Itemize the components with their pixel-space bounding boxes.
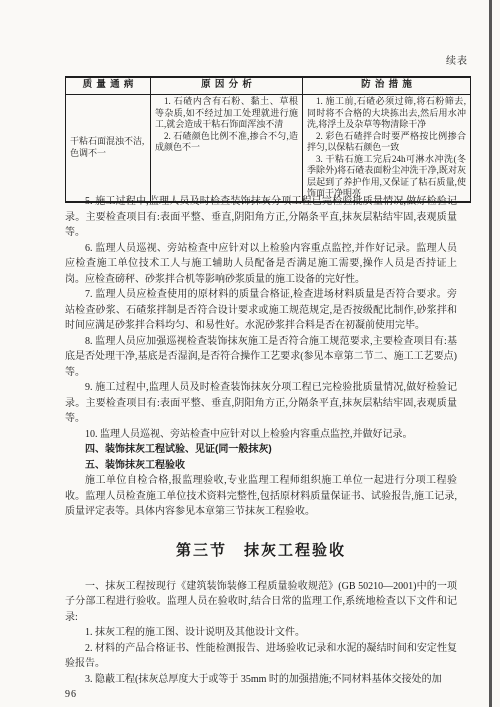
continued-table-label: 续表 bbox=[65, 52, 468, 67]
cell-cause: 1. 石碴内含有石粉、黏土、草根等杂质,如不经过加工处理就进行施工,就会造成干粘… bbox=[151, 95, 303, 202]
cause-item-1: 1. 石碴内含有石粉、黏土、草根等杂质,如不经过加工处理就进行施工,就会造成干粘… bbox=[155, 96, 298, 131]
paragraph-item-8: 8. 监理人员应加强巡视检查装饰抹灰施工是否符合施工规范要求,主要检查项目有:基… bbox=[65, 334, 457, 381]
paragraph-item-9: 9. 施工过程中,监理人员及时检查装饰抹灰分项工程已完检验批质量情况,做好检验记… bbox=[65, 380, 457, 427]
body-text: 5. 施工过程中,监理人员及时检查装饰抹灰分项工程已完检验批质量情况,做好检验记… bbox=[65, 194, 457, 703]
paragraph-item-6: 6. 监理人员巡视、旁站检查中应针对以上检验内容重点监控,并作好记录。监理人员应… bbox=[65, 241, 457, 288]
table-header-cause: 原因分析 bbox=[151, 77, 303, 95]
prevention-item-3: 3. 干粘石施工完后24h可淋水冲洗(冬季除外)将石碴表面粉尘冲洗干净,既对灰层… bbox=[307, 154, 466, 200]
paragraph-doc-3: 3. 隐蔽工程(抹灰总厚度大于或等于 35mm 时的加强措施;不同材料基体交接处… bbox=[65, 672, 457, 688]
table-header-problem: 质量通病 bbox=[66, 77, 151, 95]
subsection-heading-5: 五、装饰抹灰工程验收 bbox=[65, 458, 457, 474]
table-row: 干粘石面混浊不洁,色调不一 1. 石碴内含有石粉、黏土、草根等杂质,如不经过加工… bbox=[66, 95, 471, 202]
cause-item-2: 2. 石碴颜色比例不准,掺合不匀,造成颜色不一 bbox=[155, 131, 298, 154]
defects-table: 质量通病 原因分析 防治措施 干粘石面混浊不洁,色调不一 1. 石碴内含有石粉、… bbox=[65, 76, 471, 203]
section-heading: 第三节 抹灰工程验收 bbox=[65, 541, 457, 561]
cell-prevention: 1. 施工前,石碴必须过筛,将石粉筛去,同时将不合格的大块拣出去,然后用水冲洗,… bbox=[303, 95, 471, 202]
paragraph-item-10: 10. 监理人员巡视、旁站检查中应针对以上检验内容重点监控,并做好记录。 bbox=[65, 427, 457, 443]
prevention-item-1: 1. 施工前,石碴必须过筛,将石粉筛去,同时将不合格的大块拣出去,然后用水冲洗,… bbox=[307, 96, 466, 131]
cell-problem: 干粘石面混浊不洁,色调不一 bbox=[66, 95, 151, 202]
table-header-prevention: 防治措施 bbox=[303, 77, 471, 95]
paragraph-item-7: 7. 监理人员应检查使用的原材料的质量合格证,检查进场材料质量是否符合要求。旁站… bbox=[65, 287, 457, 334]
table-header-row: 质量通病 原因分析 防治措施 bbox=[66, 77, 471, 95]
paragraph-item-5: 5. 施工过程中,监理人员及时检查装饰抹灰分项工程已完检验批质量情况,做好检验记… bbox=[65, 194, 457, 241]
scan-page-edge-shadow bbox=[489, 0, 492, 707]
paragraph-acceptance-intro: 一、抹灰工程按现行《建筑装饰装修工程质量验收规范》(GB 50210—2001)… bbox=[65, 579, 457, 626]
paragraph-doc-2: 2. 材料的产品合格证书、性能检测报告、进场验收记录和水泥的凝结时间和安定性复验… bbox=[65, 641, 457, 672]
prevention-item-2: 2. 彩色石碴拌合时要严格按比例掺合拌匀,以保粘石颜色一致 bbox=[307, 131, 466, 154]
paragraph-acceptance: 施工单位自检合格,报监理验收,专业监理工程师组织施工单位一起进行分项工程验收。监… bbox=[65, 473, 457, 520]
page-number: 96 bbox=[65, 687, 457, 703]
paragraph-doc-1: 1. 抹灰工程的施工图、设计说明及其他设计文件。 bbox=[65, 625, 457, 641]
subsection-heading-4: 四、装饰抹灰工程试验、见证(同一般抹灰) bbox=[65, 442, 457, 458]
book-page: { "page": { "continued_label": "续表", "pa… bbox=[0, 0, 500, 707]
